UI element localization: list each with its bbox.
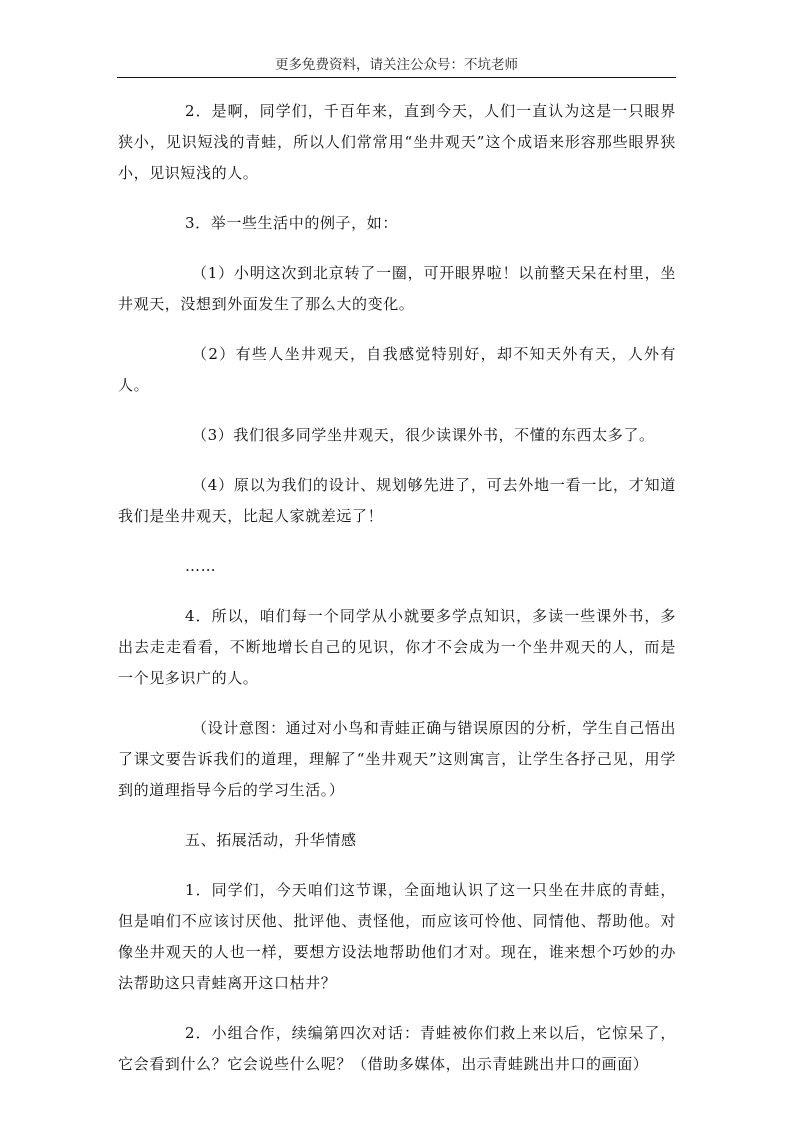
paragraph-point-4: 4．所以，咱们每一个同学从小就要多学点知识，多读一些课外书，多出去走走看看，不断… (118, 601, 676, 694)
paragraph-point-2: 2．是啊，同学们，千百年来，直到今天，人们一直认为这是一只眼界狭小，见识短浅的青… (118, 96, 676, 189)
paragraph-activity-2: 2．小组合作，续编第四次对话：青蛙被你们救上来以后，它惊呆了，它会看到什么？它会… (118, 1018, 676, 1080)
paragraph-activity-1: 1．同学们，今天咱们这节课，全面地认识了这一只坐在井底的青蛙，但是咱们不应该讨厌… (118, 875, 676, 999)
paragraph-design-intent: （设计意图：通过对小鸟和青蛙正确与错误原因的分析，学生自己悟出了课文要告诉我们的… (118, 713, 676, 806)
page-header: 更多免费资料，请关注公众号：不坑老师 (117, 55, 676, 75)
paragraph-example-4: （4）原以为我们的设计、规划够先进了，可去外地一看一比，才知道我们是坐井观天，比… (118, 470, 676, 532)
section-heading-5: 五、拓展活动，升华情感 (118, 825, 676, 856)
paragraph-ellipsis: …… (118, 551, 676, 582)
paragraph-example-2: （2）有些人坐井观天，自我感觉特别好，却不知天外有天，人外有人。 (118, 339, 676, 401)
paragraph-example-1: （1）小明这次到北京转了一圈，可开眼界啦！以前整天呆在村里，坐井观天，没想到外面… (118, 258, 676, 320)
paragraph-example-3: （3）我们很多同学坐井观天，很少读课外书，不懂的东西太多了。 (118, 420, 676, 451)
paragraph-point-3: 3．举一些生活中的例子，如： (118, 208, 676, 239)
document-body: 2．是啊，同学们，千百年来，直到今天，人们一直认为这是一只眼界狭小，见识短浅的青… (118, 96, 676, 1099)
header-rule (117, 77, 676, 78)
